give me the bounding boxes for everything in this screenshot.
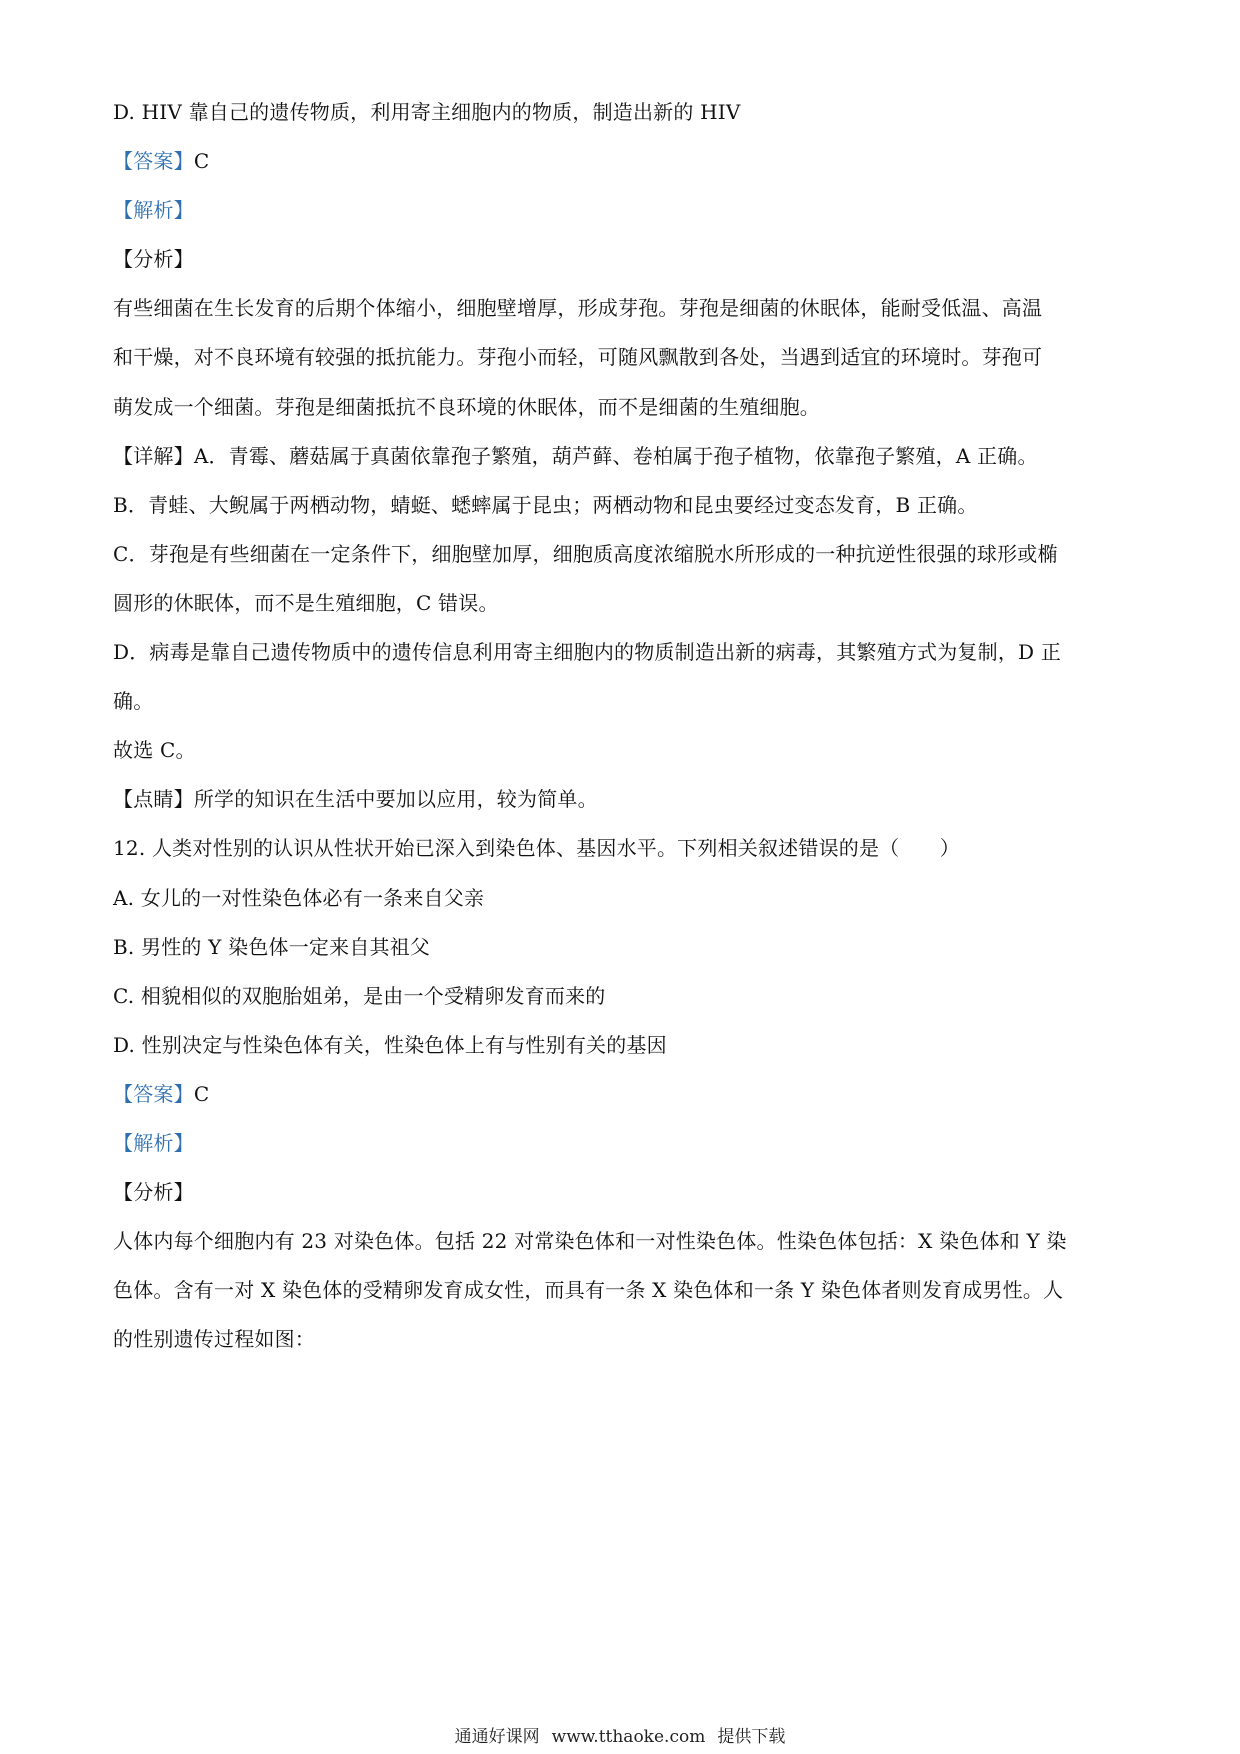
q11-jiexi-row: 【解析】 (113, 186, 1133, 235)
xiangjie-tag: 【详解】 (113, 444, 194, 468)
q11-answer-row: 【答案】C (113, 137, 1133, 186)
footer-suffix: 提供下载 (717, 1727, 785, 1747)
q11-xiangjie-row: 【详解】A．青霉、蘑菇属于真菌依靠孢子繁殖，葫芦藓、卷柏属于孢子植物，依靠孢子繁… (113, 432, 1133, 481)
q12-fenxi-line: 色体。含有一对 X 染色体的受精卵发育成女性，而具有一条 X 染色体和一条 Y … (113, 1266, 1133, 1315)
answer-value: C (194, 149, 210, 173)
q11-xiangjie-line: B．青蛙、大鲵属于两栖动物，蜻蜓、蟋蟀属于昆虫；两栖动物和昆虫要经过变态发育，B… (113, 481, 1133, 530)
q11-option-d: D. HIV 靠自己的遗传物质，利用寄主细胞内的物质，制造出新的 HIV (113, 88, 1133, 137)
q11-conclusion: 故选 C。 (113, 726, 1133, 775)
q11-xiangjie-line: 圆形的休眠体，而不是生殖细胞，C 错误。 (113, 579, 1133, 628)
q11-fenxi-row: 【分析】 (113, 235, 1133, 284)
q12-fenxi-line: 的性别遗传过程如图： (113, 1315, 1133, 1364)
q12-stem: 12. 人类对性别的认识从性状开始已深入到染色体、基因水平。下列相关叙述错误的是… (113, 824, 1133, 873)
q11-xiangjie-line: D．病毒是靠自己遗传物质中的遗传信息利用寄主细胞内的物质制造出新的病毒，其繁殖方… (113, 628, 1133, 677)
answer-value: C (194, 1082, 210, 1106)
dianjing-tag: 【点睛】 (113, 787, 194, 811)
q11-fenxi-line: 和干燥，对不良环境有较强的抵抗能力。芽孢小而轻，可随风飘散到各处，当遇到适宜的环… (113, 333, 1133, 382)
q12-option-d: D. 性别决定与性染色体有关，性染色体上有与性别有关的基因 (113, 1021, 1133, 1070)
dianjing-text: 所学的知识在生活中要加以应用，较为简单。 (194, 787, 598, 811)
q12-jiexi-row: 【解析】 (113, 1119, 1133, 1168)
fenxi-tag: 【分析】 (113, 247, 194, 271)
q12-fenxi-line: 人体内每个细胞内有 23 对染色体。包括 22 对常染色体和一对性染色体。性染色… (113, 1217, 1133, 1266)
answer-tag: 【答案】 (113, 149, 194, 173)
jiexi-tag: 【解析】 (113, 198, 194, 222)
q12-fenxi-row: 【分析】 (113, 1168, 1133, 1217)
page-footer: 通通好课网www.tthaoke.com提供下载 (0, 1722, 1240, 1747)
q11-xiangjie-line: C．芽孢是有些细菌在一定条件下，细胞壁加厚，细胞质高度浓缩脱水所形成的一种抗逆性… (113, 530, 1133, 579)
fenxi-tag: 【分析】 (113, 1180, 194, 1204)
q12-answer-row: 【答案】C (113, 1070, 1133, 1119)
q11-fenxi-line: 有些细菌在生长发育的后期个体缩小，细胞壁增厚，形成芽孢。芽孢是细菌的休眠体，能耐… (113, 284, 1133, 333)
q12-option-b: B. 男性的 Y 染色体一定来自其祖父 (113, 923, 1133, 972)
answer-tag: 【答案】 (113, 1082, 194, 1106)
jiexi-tag: 【解析】 (113, 1131, 194, 1155)
q11-dianjing-row: 【点睛】所学的知识在生活中要加以应用，较为简单。 (113, 775, 1133, 824)
q12-option-a: A. 女儿的一对性染色体必有一条来自父亲 (113, 874, 1133, 923)
footer-site-name: 通通好课网 (455, 1727, 540, 1747)
q11-xiangjie-line: 确。 (113, 677, 1133, 726)
xiangjie-a: A．青霉、蘑菇属于真菌依靠孢子繁殖，葫芦藓、卷柏属于孢子植物，依靠孢子繁殖，A … (194, 444, 1038, 468)
footer-url[interactable]: www.tthaoke.com (552, 1727, 706, 1747)
q11-fenxi-line: 萌发成一个细菌。芽孢是细菌抵抗不良环境的休眠体，而不是细菌的生殖细胞。 (113, 383, 1133, 432)
document-page: D. HIV 靠自己的遗传物质，利用寄主细胞内的物质，制造出新的 HIV 【答案… (113, 88, 1133, 1364)
q12-option-c: C. 相貌相似的双胞胎姐弟，是由一个受精卵发育而来的 (113, 972, 1133, 1021)
